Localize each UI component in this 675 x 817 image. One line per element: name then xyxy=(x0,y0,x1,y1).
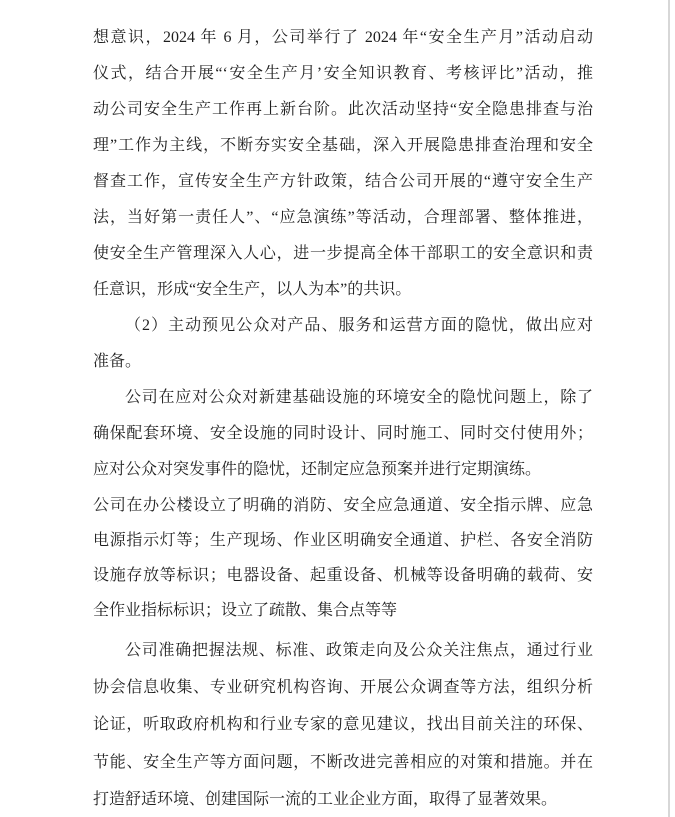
text-column: 想意识，2024 年 6 月，公司举行了 2024 年“安全生产月”活动启动 仪… xyxy=(93,20,593,817)
text-line: 公司准确把握法规、标准、政策走向及公众关注焦点，通过行业 xyxy=(93,632,593,669)
text-line: 打造舒适环境、创建国际一流的工业企业方面，取得了显著效果。 xyxy=(93,781,593,817)
text-line: （2）主动预见公众对产品、服务和运营方面的隐忧，做出应对 xyxy=(93,308,593,344)
text-line: 论证，听取政府机构和行业专家的意见建议，找出目前关注的环保、 xyxy=(93,706,593,743)
text-line: 准备。 xyxy=(93,344,593,380)
text-line: 全作业指标标识；设立了疏散、集合点等等 xyxy=(93,593,593,628)
text-line: 仪式，结合开展“‘安全生产月’安全知识教育、考核评比”活动，推 xyxy=(93,56,593,92)
text-line: 任意识，形成“安全生产，以人为本”的共识。 xyxy=(93,272,593,308)
text-line: 应对公众对突发事件的隐忧，还制定应急预案并进行定期演练。 xyxy=(93,452,593,488)
paragraph-block-top: 想意识，2024 年 6 月，公司举行了 2024 年“安全生产月”活动启动 仪… xyxy=(93,20,593,488)
paragraph-block-bottom: 公司准确把握法规、标准、政策走向及公众关注焦点，通过行业 协会信息收集、专业研究… xyxy=(93,632,593,817)
text-line: 公司在办公楼设立了明确的消防、安全应急通道、安全指示牌、应急 xyxy=(93,488,593,523)
text-line: 确保配套环境、安全设施的同时设计、同时施工、同时交付使用外； xyxy=(93,416,593,452)
text-line: 想意识，2024 年 6 月，公司举行了 2024 年“安全生产月”活动启动 xyxy=(93,20,593,56)
text-line: 节能、安全生产等方面问题，不断改进完善相应的对策和措施。并在 xyxy=(93,744,593,781)
text-line: 协会信息收集、专业研究机构咨询、开展公众调查等方法，组织分析 xyxy=(93,669,593,706)
text-line: 公司在应对公众对新建基础设施的环境安全的隐忧问题上，除了 xyxy=(93,380,593,416)
page-edge-line xyxy=(668,0,670,817)
text-line: 动公司安全生产工作再上新台阶。此次活动坚持“安全隐患排查与治 xyxy=(93,92,593,128)
text-line: 使安全生产管理深入人心，进一步提高全体干部职工的安全意识和责 xyxy=(93,236,593,272)
paragraph-block-middle: 公司在办公楼设立了明确的消防、安全应急通道、安全指示牌、应急 电源指示灯等；生产… xyxy=(93,488,593,628)
text-line: 督查工作，宣传安全生产方针政策，结合公司开展的“遵守安全生产 xyxy=(93,164,593,200)
document-page: 想意识，2024 年 6 月，公司举行了 2024 年“安全生产月”活动启动 仪… xyxy=(0,0,675,817)
text-line: 设施存放等标识；电器设备、起重设备、机械等设备明确的载荷、安 xyxy=(93,558,593,593)
text-line: 电源指示灯等；生产现场、作业区明确安全通道、护栏、各安全消防 xyxy=(93,523,593,558)
text-line: 法，当好第一责任人”、“应急演练”等活动，合理部署、整体推进， xyxy=(93,200,593,236)
text-line: 理”工作为主线，不断夯实安全基础，深入开展隐患排查治理和安全 xyxy=(93,128,593,164)
